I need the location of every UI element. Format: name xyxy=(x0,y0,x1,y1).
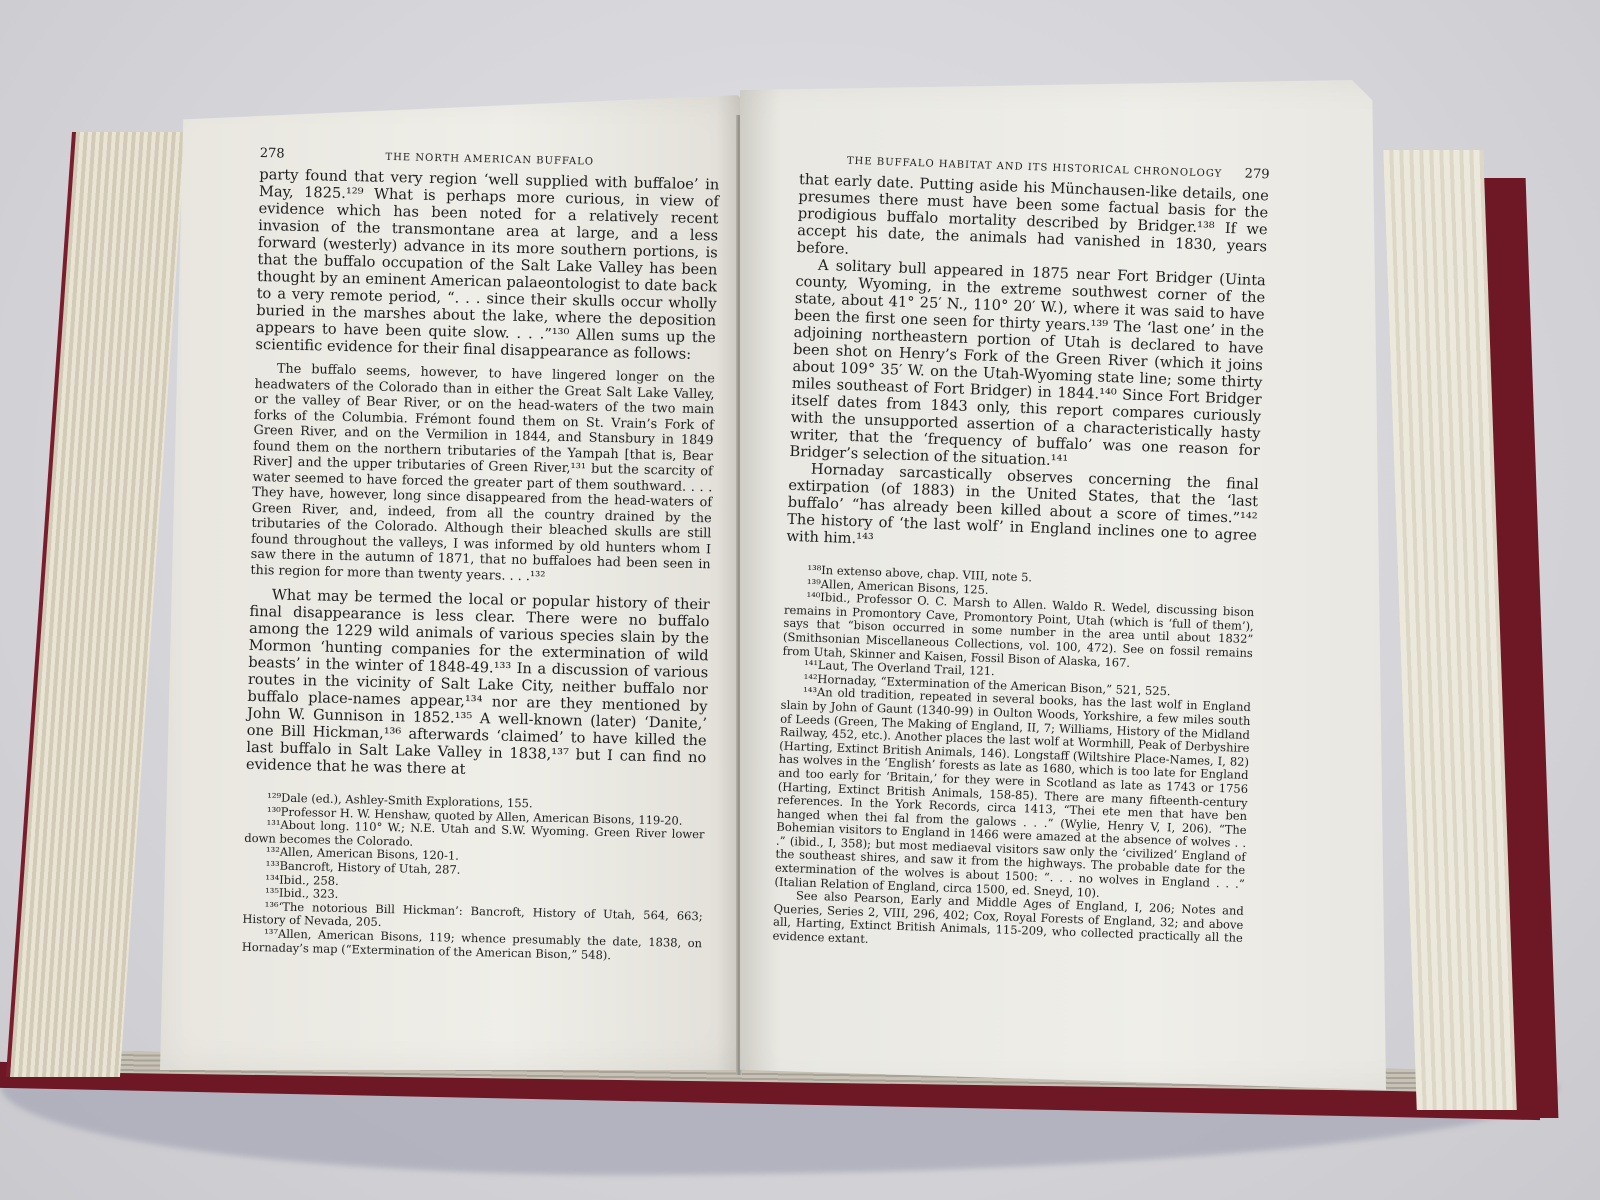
page-number-left: 278 xyxy=(260,147,285,161)
footnotes-left: ¹²⁹Dale (ed.), Ashley-Smith Explorations… xyxy=(242,791,706,965)
footnote: ¹⁴³An old tradition, repeated in several… xyxy=(774,685,1251,905)
body-paragraph: Hornaday sarcastically observes concerni… xyxy=(786,460,1259,561)
body-paragraph: that early date. Putting aside his Münch… xyxy=(796,171,1269,272)
body-paragraph: What may be termed the local or popular … xyxy=(246,586,710,783)
body-paragraph: A solitary bull appeared in 1875 near Fo… xyxy=(789,256,1266,476)
block-quote: The buffalo seems, however, to have ling… xyxy=(250,361,715,588)
right-page: 000 THE BUFFALO HABITAT AND ITS HISTORIC… xyxy=(740,80,1420,1090)
left-page: 278 THE NORTH AMERICAN BUFFALO 000 party… xyxy=(160,95,740,1070)
footnotes-right: ¹³⁸In extenso above, chap. VIII, note 5.… xyxy=(772,563,1255,960)
page-number-right: 279 xyxy=(1244,168,1269,182)
body-paragraph: party found that very region ‘well suppl… xyxy=(255,166,719,363)
left-page-text: 278 THE NORTH AMERICAN BUFFALO 000 party… xyxy=(242,147,720,964)
right-page-text: 000 THE BUFFALO HABITAT AND ITS HISTORIC… xyxy=(772,152,1269,960)
